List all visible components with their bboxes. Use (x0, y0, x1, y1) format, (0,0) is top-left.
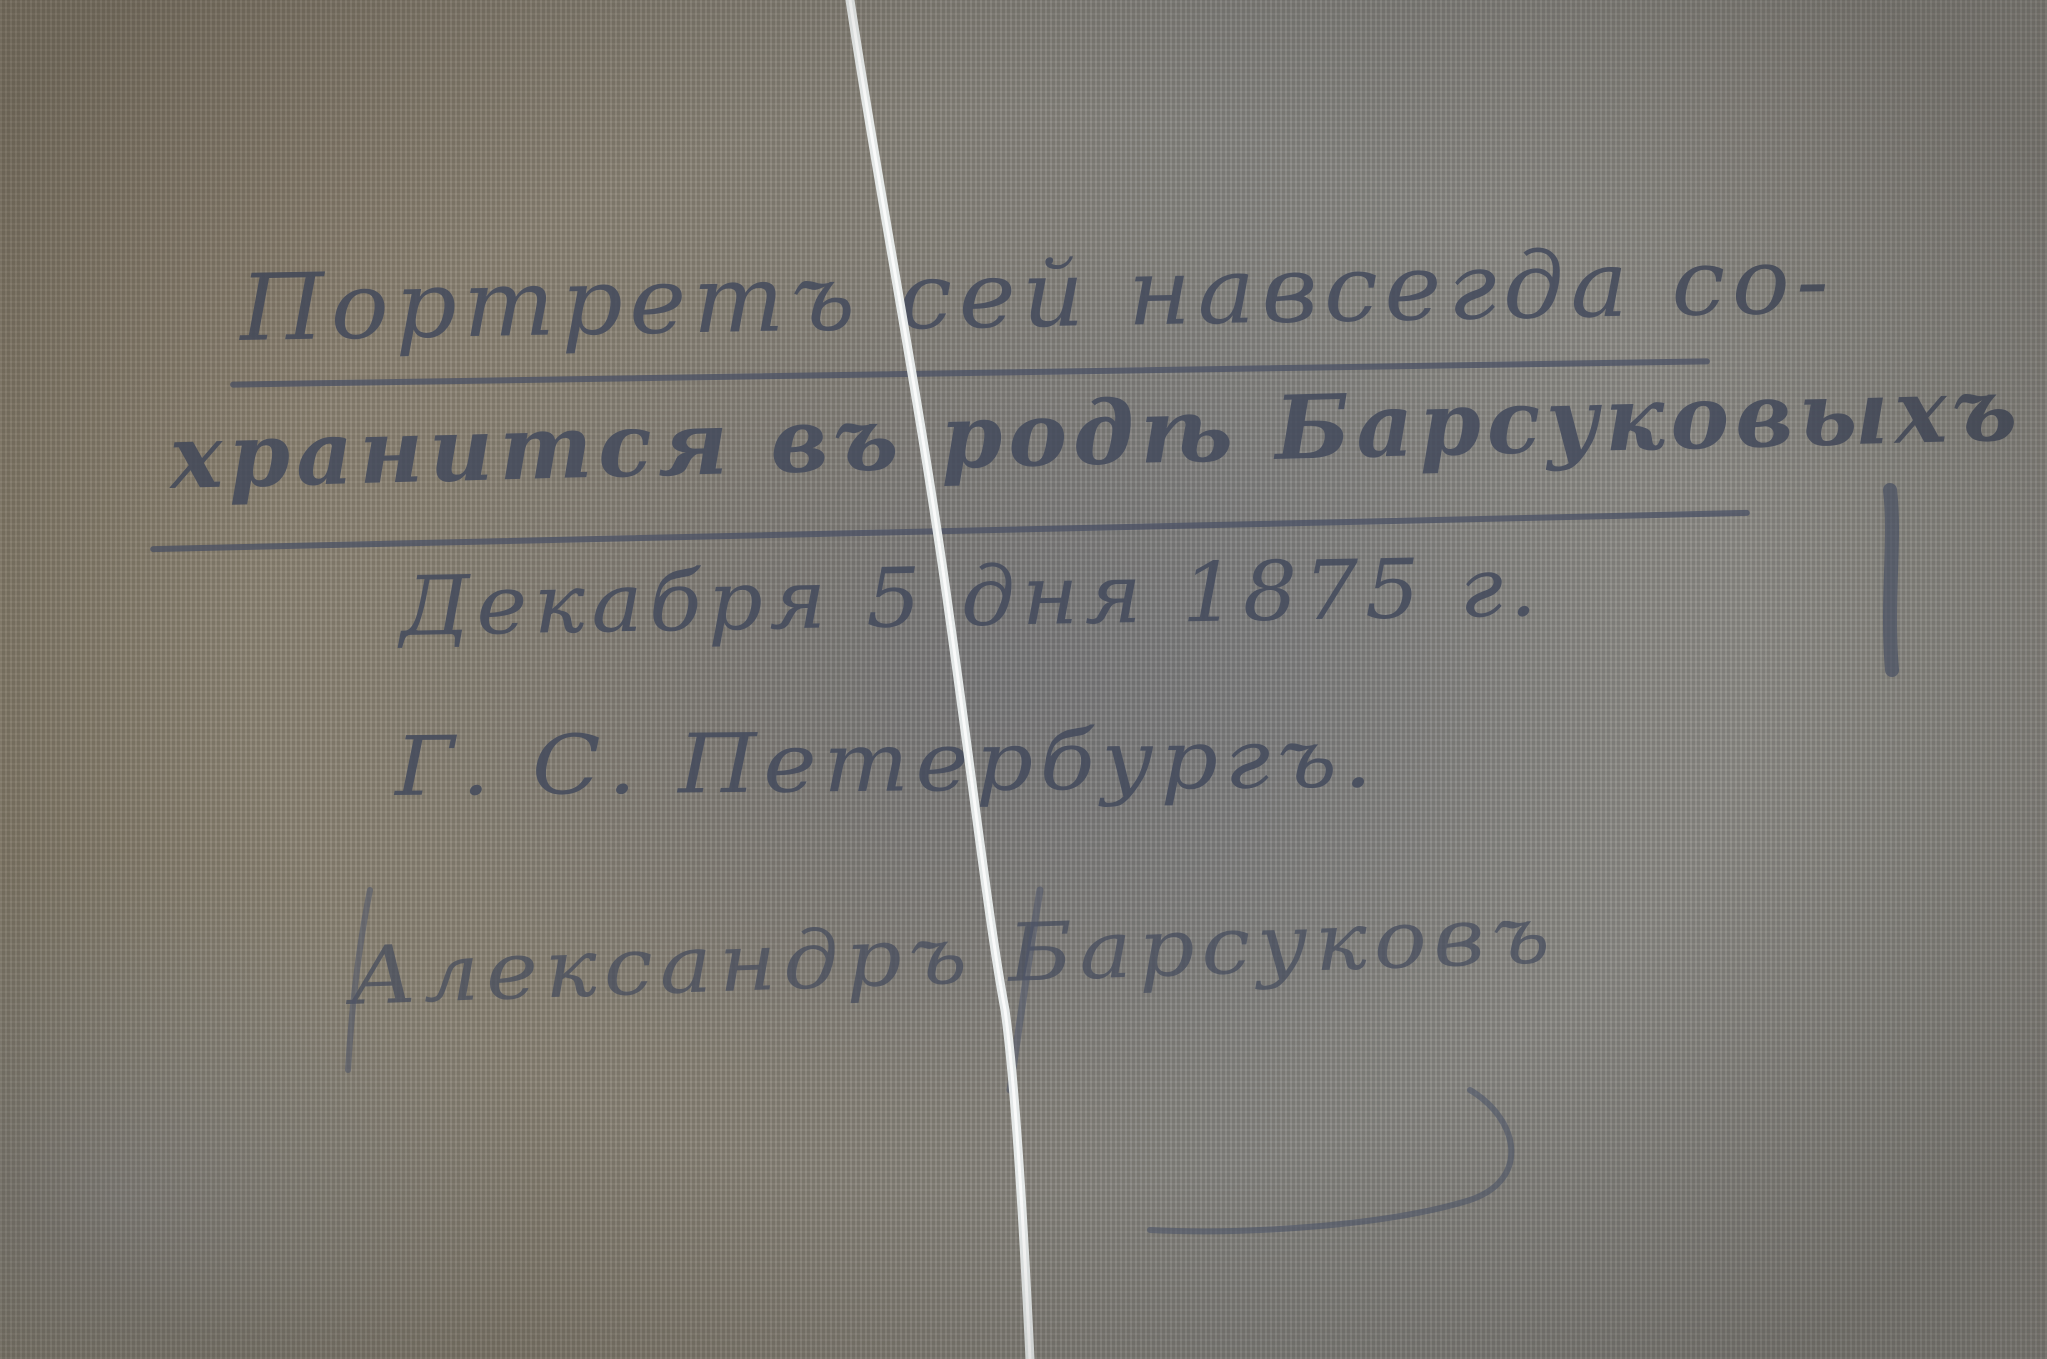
canvas-back-photo: Портретъ сей навсегда со- хранится въ ро… (0, 0, 2047, 1359)
white-thread-crease (0, 0, 2047, 1359)
